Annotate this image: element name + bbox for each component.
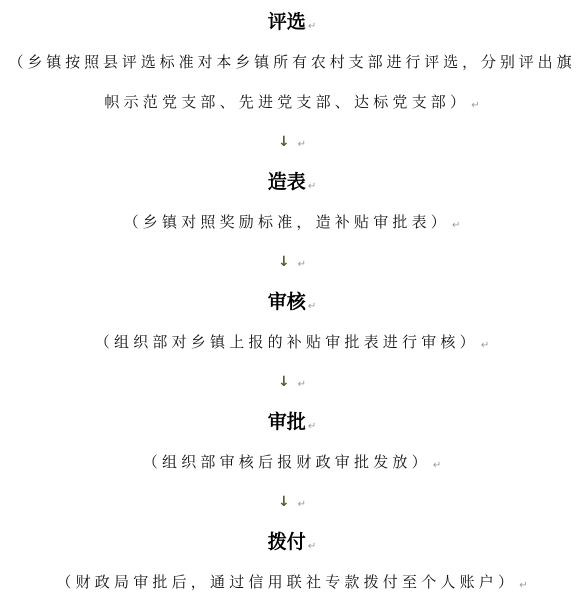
flow-arrow: ↓↵ — [0, 482, 584, 522]
paragraph-mark-icon: ↵ — [298, 365, 306, 405]
step-description-line: （乡镇对照奖励标准，造补贴审批表）↵ — [0, 202, 584, 242]
flow-arrow: ↓↵ — [0, 362, 584, 402]
paragraph-mark-icon: ↵ — [308, 287, 316, 327]
step-title-text: 拨付 — [268, 531, 306, 553]
arrow-down-icon: ↓ — [278, 482, 290, 522]
arrow-down-icon: ↓ — [278, 122, 290, 162]
step-description-text: （乡镇按照县评选标准对本乡镇所有农村支部进行评选，分别评出旗 — [8, 53, 575, 71]
paragraph-mark-icon: ↵ — [481, 326, 489, 366]
step-title-approve: 审批↵ — [0, 402, 584, 442]
arrow-down-icon: ↓ — [278, 362, 290, 402]
paragraph-mark-icon: ↵ — [308, 167, 316, 207]
step-description-line: （乡镇按照县评选标准对本乡镇所有农村支部进行评选，分别评出旗 — [0, 42, 584, 82]
paragraph-mark-icon: ↵ — [308, 527, 316, 567]
step-title-text: 审核 — [268, 291, 306, 313]
flow-arrow: ↓↵ — [0, 122, 584, 162]
step-title-make-table: 造表↵ — [0, 162, 584, 202]
step-description-text: （财政局审批后，通过信用联社专款拨付至个人账户） — [56, 573, 517, 591]
step-title-text: 评选 — [268, 11, 306, 33]
document-page: 评选↵ （乡镇按照县评选标准对本乡镇所有农村支部进行评选，分别评出旗 帜示范党支… — [0, 2, 584, 599]
step-description-line: （财政局审批后，通过信用联社专款拨付至个人账户）↵ — [0, 562, 584, 599]
step-description-text: （乡镇对照奖励标准，造补贴审批表） — [124, 213, 450, 231]
flow-arrow: ↓↵ — [0, 242, 584, 282]
paragraph-mark-icon: ↵ — [433, 446, 441, 486]
paragraph-mark-icon: ↵ — [298, 125, 306, 165]
step-title-evaluate: 评选↵ — [0, 2, 584, 42]
step-description-text: 帜示范党支部、先进党支部、达标党支部） — [104, 93, 469, 111]
step-description-text: （组织部对乡镇上报的补贴审批表进行审核） — [95, 333, 479, 351]
step-title-disburse: 拨付↵ — [0, 522, 584, 562]
step-title-review: 审核↵ — [0, 282, 584, 322]
step-description-line: （组织部对乡镇上报的补贴审批表进行审核）↵ — [0, 322, 584, 362]
step-description-line: 帜示范党支部、先进党支部、达标党支部）↵ — [0, 82, 584, 122]
paragraph-mark-icon: ↵ — [308, 407, 316, 447]
paragraph-mark-icon: ↵ — [519, 566, 527, 599]
arrow-down-icon: ↓ — [278, 242, 290, 282]
paragraph-mark-icon: ↵ — [298, 485, 306, 525]
paragraph-mark-icon: ↵ — [308, 7, 316, 47]
step-title-text: 审批 — [268, 411, 306, 433]
step-description-text: （组织部审核后报财政审批发放） — [143, 453, 431, 471]
paragraph-mark-icon: ↵ — [298, 245, 306, 285]
paragraph-mark-icon: ↵ — [471, 86, 479, 126]
paragraph-mark-icon: ↵ — [452, 206, 460, 246]
step-description-line: （组织部审核后报财政审批发放）↵ — [0, 442, 584, 482]
step-title-text: 造表 — [268, 171, 306, 193]
